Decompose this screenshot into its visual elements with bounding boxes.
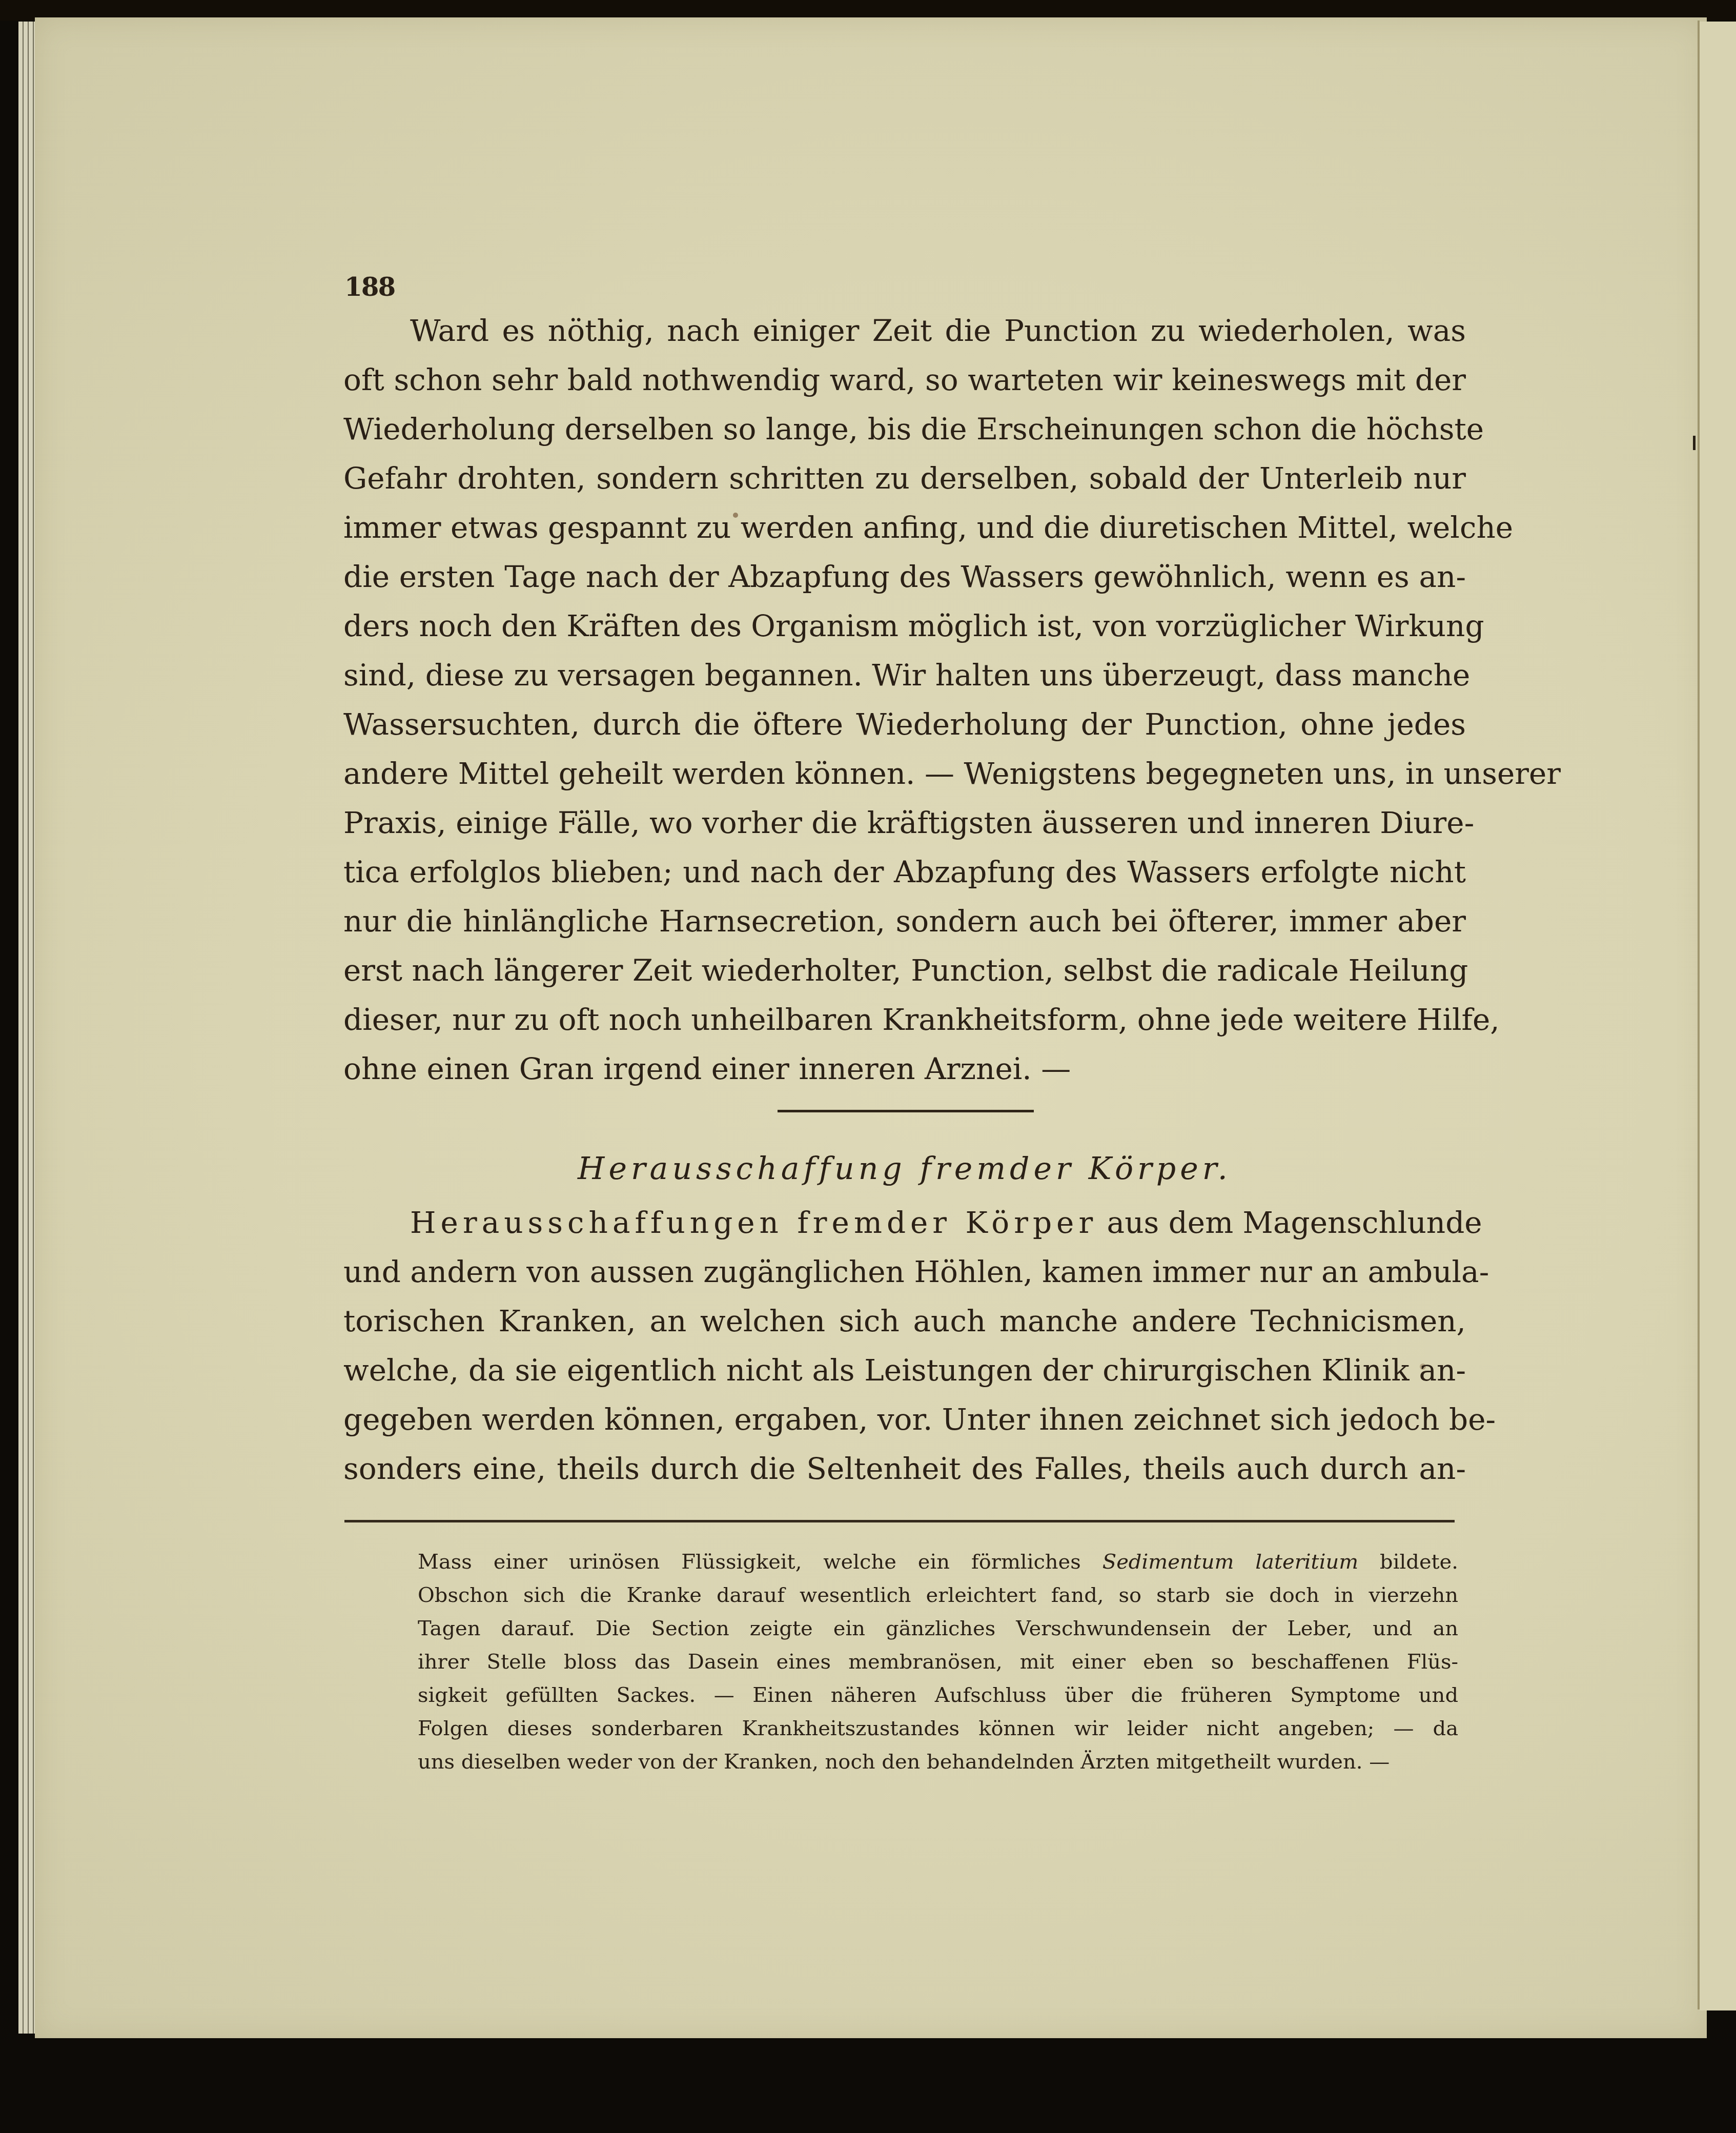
text-line: Wassersuchten, durch die öftere Wiederho…	[343, 706, 1466, 742]
text-line: Gefahr drohten, sondern schritten zu der…	[343, 460, 1466, 496]
text-line: Praxis, einige Fälle, wo vorher die kräf…	[343, 805, 1466, 841]
footnote-line: Obschon sich die Kranke darauf wesentlic…	[418, 1581, 1458, 1609]
text-line: Ward es nöthig, nach einiger Zeit die Pu…	[410, 313, 1466, 349]
text-span: Mass einer urinösen Flüssigkeit, welche …	[418, 1550, 1081, 1574]
footnote-line: uns dieselben weder von der Kranken, noc…	[418, 1748, 1458, 1776]
text-line: andere Mittel geheilt werden können. — W…	[343, 756, 1466, 791]
section-heading: Herausschaffung fremder Körper.	[343, 1151, 1466, 1187]
text-line: erst nach längerer Zeit wiederholter, Pu…	[343, 952, 1466, 988]
footnote-line: ihrer Stelle bloss das Dasein eines memb…	[418, 1648, 1458, 1676]
page-stack-edge	[18, 22, 37, 2034]
text-line: ohne einen Gran irgend einer inneren Arz…	[343, 1051, 1466, 1087]
text-line: die ersten Tage nach der Abzapfung des W…	[343, 559, 1466, 595]
text-line: welche, da sie eigentlich nicht als Leis…	[343, 1352, 1466, 1388]
text-line: Wiederholung derselben so lange, bis die…	[343, 411, 1466, 447]
latin-term: Sedimentum lateritium	[1102, 1550, 1358, 1574]
text-line: nur die hinlängliche Harnsecretion, sond…	[343, 903, 1466, 939]
text-line: immer etwas gespannt zu werden anfing, u…	[343, 510, 1466, 545]
footnote-rule	[344, 1520, 1455, 1522]
text-line: torischen Kranken, an welchen sich auch …	[343, 1303, 1466, 1339]
text-span: aus dem Magenschlunde	[1107, 1205, 1482, 1240]
footnote-line: Mass einer urinösen Flüssigkeit, welche …	[418, 1548, 1458, 1576]
text-line: ders noch den Kräften des Organism mögli…	[343, 608, 1466, 644]
text-line: gegeben werden können, ergaben, vor. Unt…	[343, 1401, 1466, 1437]
text-line: Herausschaffungen fremder Körper aus dem…	[410, 1205, 1466, 1241]
spaced-emphasis: Herausschaffungen fremder Körper	[410, 1205, 1097, 1240]
text-line: sind, diese zu versagen begannen. Wir ha…	[343, 657, 1466, 693]
spine-mark	[1693, 436, 1696, 450]
section-divider-rule	[778, 1110, 1034, 1112]
text-line: sonders eine, theils durch die Seltenhei…	[343, 1451, 1466, 1487]
text-span: bildete.	[1380, 1550, 1458, 1574]
text-line: dieser, nur zu oft noch unheilbaren Kran…	[343, 1002, 1466, 1038]
footnote-line: Folgen dieses sonderbaren Krankheitszust…	[418, 1715, 1458, 1742]
text-line: tica erfolglos blieben; und nach der Abz…	[343, 854, 1466, 890]
footnote-line: sigkeit gefüllten Sackes. — Einen nähere…	[418, 1681, 1458, 1709]
text-line: oft schon sehr bald nothwendig ward, so …	[343, 362, 1466, 398]
footnote-line: Tagen darauf. Die Section zeigte ein gän…	[418, 1615, 1458, 1642]
text-line: und andern von aussen zugänglichen Höhle…	[343, 1254, 1466, 1290]
next-page-edge	[1700, 22, 1736, 2010]
page-number: 188	[344, 272, 395, 302]
